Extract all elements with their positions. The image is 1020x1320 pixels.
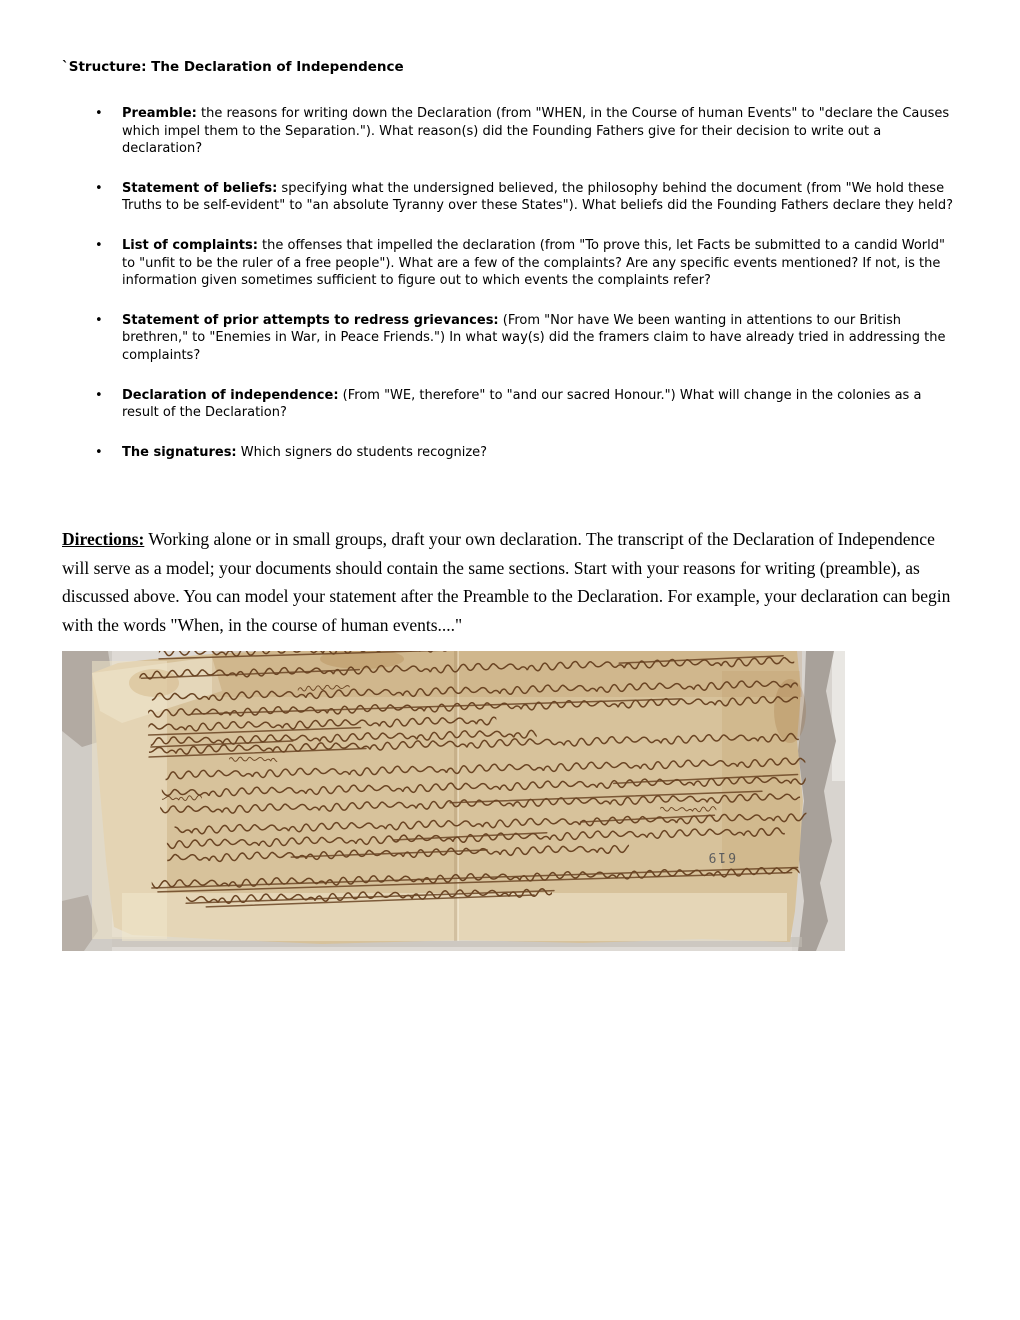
list-item-complaints: List of complaints: the offenses that im… — [122, 237, 960, 290]
directions-paragraph: Directions: Working alone or in small gr… — [62, 525, 962, 639]
page-number-stamp: 619 — [707, 849, 736, 864]
bullet-lead: Statement of beliefs: — [122, 181, 277, 196]
document-page: `Structure: The Declaration of Independe… — [0, 0, 1020, 951]
manuscript-figure: 619 — [62, 651, 845, 951]
bullet-lead: The signatures: — [122, 445, 237, 460]
bullet-lead: List of complaints: — [122, 238, 258, 253]
list-item-redress: Statement of prior attempts to redress g… — [122, 312, 960, 365]
bullet-lead: Preamble: — [122, 106, 197, 121]
list-item-signatures: The signatures: Which signers do student… — [122, 444, 960, 462]
list-item-beliefs: Statement of beliefs: specifying what th… — [122, 180, 960, 215]
directions-label: Directions: — [62, 529, 144, 549]
directions-text: Working alone or in small groups, draft … — [62, 529, 950, 635]
manuscript-image: 619 — [62, 651, 845, 951]
page-title: `Structure: The Declaration of Independe… — [62, 58, 1020, 76]
bullet-lead: Declaration of independence: — [122, 388, 339, 403]
list-item-preamble: Preamble: the reasons for writing down t… — [122, 105, 960, 158]
bullet-text: the reasons for writing down the Declara… — [122, 106, 949, 156]
structure-list: Preamble: the reasons for writing down t… — [62, 105, 960, 461]
bullet-text: Which signers do students recognize? — [237, 445, 487, 460]
list-item-declaration: Declaration of independence: (From "WE, … — [122, 387, 960, 422]
bullet-lead: Statement of prior attempts to redress g… — [122, 313, 499, 328]
